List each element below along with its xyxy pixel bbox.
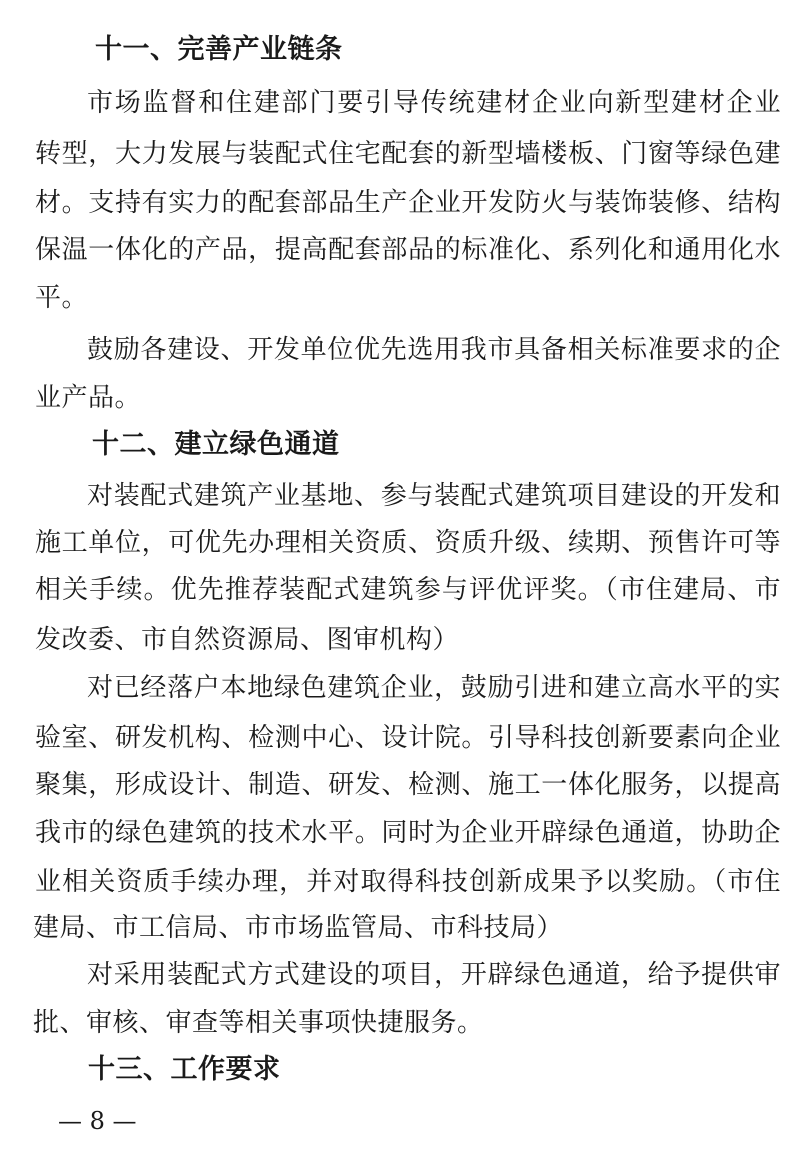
paragraph-line: 批、审核、审查等相关事项快捷服务。 xyxy=(33,1006,484,1040)
paragraph-line: 相关手续。优先推荐装配式建筑参与评优评奖。（市住建局、市 xyxy=(35,573,781,607)
paragraph-line: 施工单位，可优先办理相关资质、资质升级、续期、预售许可等 xyxy=(35,526,781,560)
paragraph-line: 鼓励各建设、开发单位优先选用我市具备相关标准要求的企 xyxy=(87,333,781,367)
paragraph-line: 我市的绿色建筑的技术水平。同时为企业开辟绿色通道，协助企 xyxy=(35,816,781,850)
paragraph-line: 材。支持有实力的配套部品生产企业开发防火与装饰装修、结构 xyxy=(35,186,781,220)
paragraph-line: 对已经落户本地绿色建筑企业，鼓励引进和建立高水平的实 xyxy=(87,671,781,705)
paragraph-line: 业相关资质手续办理，并对取得科技创新成果予以奖励。（市住 xyxy=(35,865,781,899)
document-page: 十一、完善产业链条 市场监督和住建部门要引导传统建材企业向新型建材企业 转型，大… xyxy=(0,0,812,1166)
paragraph-line: 验室、研发机构、检测中心、设计院。引导科技创新要素向企业 xyxy=(35,721,781,755)
paragraph-line: 保温一体化的产品，提高配套部品的标准化、系列化和通用化水 xyxy=(35,233,781,267)
paragraph-line: 对采用装配式方式建设的项目，开辟绿色通道，给予提供审 xyxy=(87,958,781,992)
page-number: — 8 — xyxy=(58,1106,137,1136)
paragraph-line: 聚集，形成设计、制造、研发、检测、施工一体化服务，以提高 xyxy=(35,768,781,802)
paragraph-line: 平。 xyxy=(35,281,88,315)
paragraph-line: 业产品。 xyxy=(35,381,141,415)
section-heading-12: 十二、建立绿色通道 xyxy=(92,428,340,462)
section-heading-11: 十一、完善产业链条 xyxy=(95,33,343,67)
paragraph-line: 对装配式建筑产业基地、参与装配式建筑项目建设的开发和 xyxy=(87,479,781,513)
paragraph-line: 发改委、市自然资源局、图审机构） xyxy=(35,623,459,657)
section-heading-13: 十三、工作要求 xyxy=(88,1053,281,1087)
paragraph-line: 建局、市工信局、市市场监管局、市科技局） xyxy=(33,911,563,945)
paragraph-line: 市场监督和住建部门要引导传统建材企业向新型建材企业 xyxy=(87,86,781,120)
paragraph-line: 转型，大力发展与装配式住宅配套的新型墙楼板、门窗等绿色建 xyxy=(35,137,781,171)
